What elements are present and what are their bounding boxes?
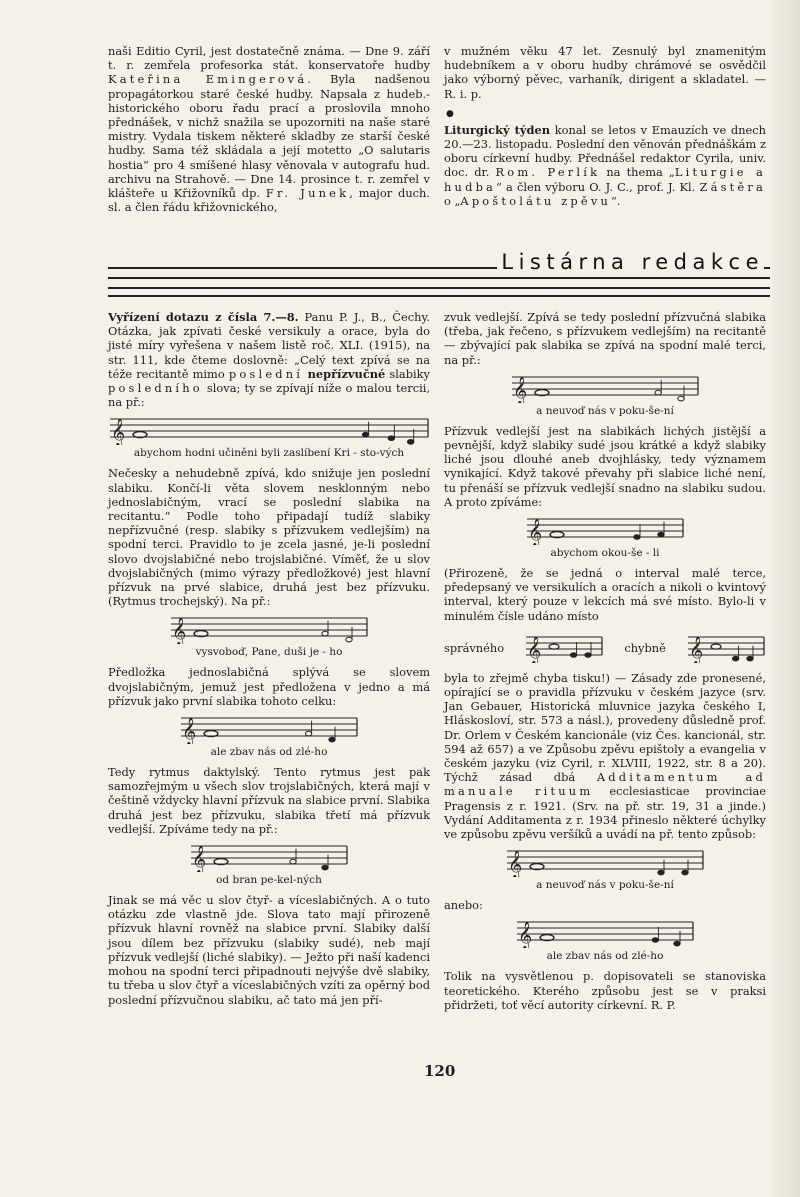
music-lyric: a neuvoď nás v poku-še-ní (444, 405, 766, 417)
obituary-paragraph: naši Editio Cyril, jest dostatečně známa… (108, 44, 430, 214)
person-name: Fr. Junek (266, 186, 349, 200)
page-edge-shadow (772, 0, 800, 1197)
person-name: Kateřina Emingerová (108, 72, 307, 86)
music-example-7: 𝄞 (444, 847, 766, 877)
bullet-icon: ● (446, 109, 766, 119)
body-paragraph: zvuk vedlejší. Zpívá se tedy poslední př… (444, 310, 766, 367)
obituary-end: v mužném věku 47 let. Zesnulý byl znamen… (444, 44, 766, 101)
body-paragraph: Přízvuk vedlejší jest na slabikách lichý… (444, 424, 766, 509)
page-number: 120 (424, 1062, 455, 1080)
music-lyric: abychom okou-še - li (444, 547, 766, 559)
music-example-5: 𝄞 (444, 373, 766, 403)
music-example-8: 𝄞 (444, 918, 766, 948)
body-paragraph: Tedy rytmus daktylský. Tento rytmus jest… (108, 765, 430, 836)
music-example-3: 𝄞 (108, 714, 430, 744)
section-title: Listárna redakce (497, 250, 764, 274)
correct-music-snippet: 𝄞 (524, 633, 604, 663)
wrong-music-snippet: 𝄞 (686, 633, 766, 663)
body-paragraph: anebo: (444, 898, 766, 912)
svg-text:𝄞: 𝄞 (182, 717, 196, 744)
rule-line (108, 287, 770, 289)
left-body-column: Vyřízení dotazu z čísla 7.—8. Panu P. J.… (108, 310, 430, 1007)
left-top-column: naši Editio Cyril, jest dostatečně známa… (108, 44, 430, 214)
question-title: Vyřízení dotazu z čísla 7.—8. (108, 310, 299, 324)
music-lyric: a neuvoď nás v poku-še-ní (444, 879, 766, 891)
music-example-2: 𝄞 (108, 614, 430, 644)
svg-text:𝄞: 𝄞 (192, 845, 206, 872)
music-lyric: ale zbav nás od zlé-ho (444, 950, 766, 962)
correct-vs-wrong-examples: správného 𝄞 chybně 𝄞 (444, 633, 766, 663)
question-paragraph: Vyřízení dotazu z čísla 7.—8. Panu P. J.… (108, 310, 430, 409)
svg-text:𝄞: 𝄞 (527, 636, 541, 663)
svg-text:𝄞: 𝄞 (689, 636, 703, 663)
section-header: Listárna redakce (108, 250, 770, 296)
music-lyric: abychom hodni učiněni byli zaslíbení Kri… (108, 447, 430, 459)
body-paragraph: byla to zřejmě chyba tisku!) — Zásady zd… (444, 671, 766, 841)
music-example-6: 𝄞 (444, 515, 766, 545)
liturgical-week-paragraph: Liturgický týden konal se letos v Emauzí… (444, 123, 766, 208)
music-lyric: ale zbav nás od zlé-ho (108, 746, 430, 758)
right-top-column: v mužném věku 47 let. Zesnulý byl znamen… (444, 44, 766, 208)
body-paragraph: Tolik na vysvětlenou p. dopisovateli se … (444, 969, 766, 1012)
music-lyric: vysvoboď, Pane, duši je - ho (108, 646, 430, 658)
svg-text:𝄞: 𝄞 (172, 617, 186, 644)
svg-text:𝄞: 𝄞 (518, 921, 532, 948)
music-example-1: 𝄞 (108, 415, 430, 445)
wrong-label: chybně (624, 641, 666, 655)
svg-text:𝄞: 𝄞 (508, 850, 522, 877)
svg-text:𝄞: 𝄞 (528, 518, 542, 545)
body-paragraph: Nečesky a nehudebně zpívá, kdo snižuje j… (108, 466, 430, 608)
music-lyric: od bran pe-kel-ných (108, 874, 430, 886)
rule-line (108, 295, 770, 297)
body-paragraph: (Přirozeně, že se jedná o interval malé … (444, 566, 766, 623)
correct-label: správného (444, 641, 504, 655)
body-paragraph: Předložka jednoslabičná splývá se slovem… (108, 665, 430, 708)
music-example-4: 𝄞 (108, 842, 430, 872)
liturgical-week-title: Liturgický týden (444, 123, 550, 137)
body-paragraph: Jinak se má věc u slov čtyř- a víceslabi… (108, 893, 430, 1007)
rule-line (108, 277, 770, 279)
svg-text:𝄞: 𝄞 (513, 376, 527, 403)
right-body-column: zvuk vedlejší. Zpívá se tedy poslední př… (444, 310, 766, 1012)
svg-text:𝄞: 𝄞 (111, 418, 125, 445)
